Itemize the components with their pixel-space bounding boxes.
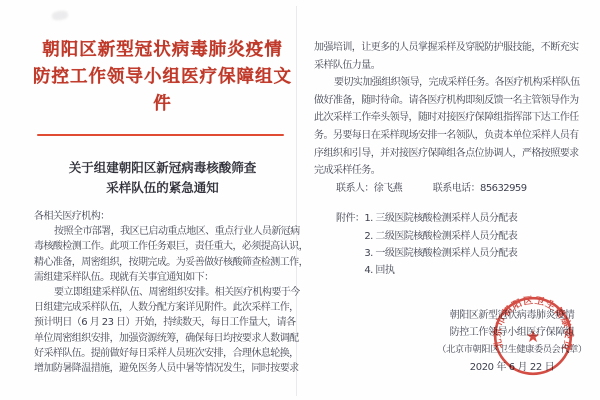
attachments-label: 附件：	[336, 210, 364, 279]
page2-body: 加强培训，让更多的人员掌握采样及穿脱防护服技能，不断充实 采样队伍力量。 要切实…	[314, 39, 580, 279]
body-line: 务。另要每日在采样现场安排一名领队，负责本单位采样人员有	[314, 127, 580, 145]
letterhead-line1: 朝阳区新型冠状病毒肺炎疫情	[30, 37, 295, 64]
contact-person: 联系人：徐飞燕	[336, 183, 402, 194]
attachment-item: 2. 二级医院核酸检测采样人员分配表	[364, 228, 517, 245]
body-line: 要切实加强组织领导，完成采样任务。各医疗机构采样队伍	[314, 74, 580, 92]
contact-phone: 联系电话：85632959	[433, 183, 527, 194]
attachment-item: 4. 回执	[364, 262, 517, 279]
scanned-document: { "doc": { "left": { "header_line1": "朝阳…	[0, 0, 600, 400]
body-line: 完成采样任务。	[314, 162, 580, 180]
contact-info: 联系人：徐飞燕 联系电话：85632959	[314, 180, 580, 198]
body-line: 此次采样工作牵头领导，随时对接医疗保障组指挥部下达工作任	[314, 109, 580, 127]
body-line: 加强培训，让更多的人员掌握采样及穿脱防护服技能，不断充实	[314, 39, 580, 57]
body-line: 要立即组建采样队伍、周密组织安排。相关医疗机构要于今	[34, 285, 291, 300]
letterhead-line2: 防控工作领导小组医疗保障组文件	[30, 64, 295, 118]
letterhead: 朝阳区新型冠状病毒肺炎疫情 防控工作领导小组医疗保障组文件	[30, 37, 295, 118]
body-line: 做好准备，随时待命。请各医疗机构即刻反馈一名主管领导作为	[314, 92, 580, 110]
body-line: 精心准备，周密组织，按期完成。为妥善做好核酸筛查检测工作，	[34, 255, 291, 270]
official-seal-icon: 北京市朝阳区卫生健康委员会 ★	[491, 294, 575, 378]
document-title-line1: 关于组建朝阳区新冠病毒核酸筛查	[30, 158, 295, 178]
attachment-item: 1. 三级医院核酸检测采样人员分配表	[364, 210, 517, 227]
body-line: 预计明日（6 月 23 日）开始，持续数天，每日工作量大，请各	[34, 315, 291, 330]
seal-star-icon: ★	[525, 326, 540, 346]
document-page-2: 加强培训，让更多的人员掌握采样及穿脱防护服技能，不断充实 采样队伍力量。 要切实…	[303, 0, 595, 400]
body-line: 序组织和引导，并对接医疗保障组各点位协调人，严格按照要求	[314, 145, 580, 163]
attachments-list: 附件： 1. 三级医院核酸检测采样人员分配表 2. 二级医院核酸检测采样人员分配…	[314, 210, 580, 279]
salutation: 各相关医疗机构：	[34, 209, 291, 224]
page1-body: 各相关医疗机构： 按照全市部署，我区已启动重点地区、重点行业人员新冠病 毒核酸检…	[34, 209, 291, 376]
document-title-line2: 采样队伍的紧急通知	[30, 178, 295, 198]
attachment-item: 3. 一级医院核酸检测采样人员分配表	[364, 245, 517, 262]
body-line: 按照全市部署，我区已启动重点地区、重点行业人员新冠病	[34, 224, 291, 239]
body-line: 单位周密组织安排，加强资源统筹，确保每日均按要求人数调配	[34, 331, 291, 346]
body-line: 好采样队伍。提前做好每日采样人员班次安排，合理休息轮换，	[34, 346, 291, 361]
letterhead-rule	[37, 134, 284, 136]
body-line: 增加防暑降温措施，避免医务人员中暑等情况发生，同时按要求	[34, 361, 291, 376]
body-line: 需组建采样队伍。现就有关事宜通知如下：	[34, 270, 291, 285]
document-title: 关于组建朝阳区新冠病毒核酸筛查 采样队伍的紧急通知	[30, 158, 295, 198]
document-page-1: 朝阳区新型冠状病毒肺炎疫情 防控工作领导小组医疗保障组文件 关于组建朝阳区新冠病…	[30, 0, 295, 400]
body-line: 毒核酸检测工作。此项工作任务艰巨，责任重大，必须提高认识，	[34, 239, 291, 254]
body-line: 日组建完成采样队伍，人数分配方案详见附件。此次采样工作，	[34, 300, 291, 315]
body-line: 采样队伍力量。	[314, 57, 580, 75]
